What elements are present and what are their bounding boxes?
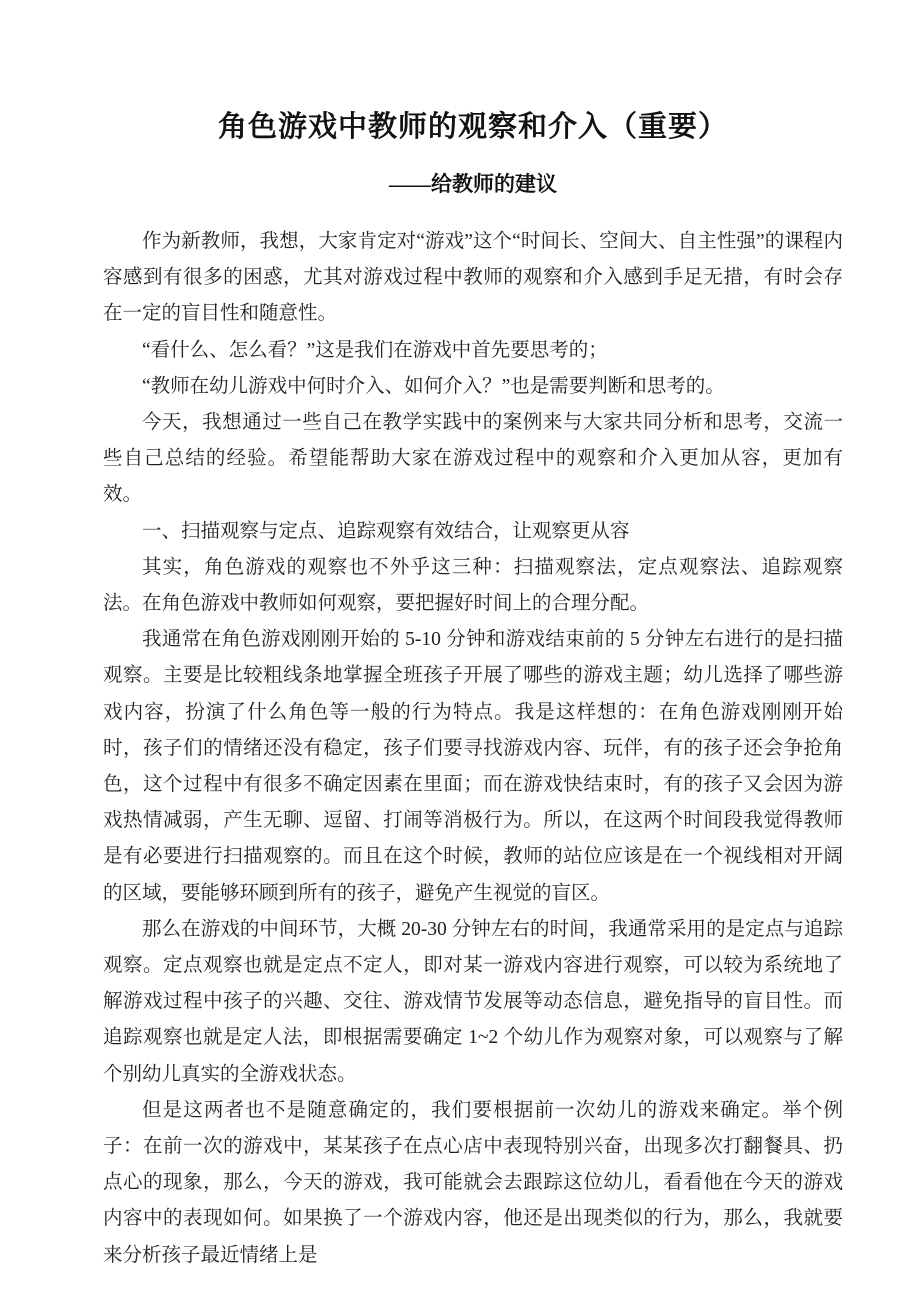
document-subtitle: ——给教师的建议 <box>103 168 843 200</box>
body-paragraph-intro: 作为新教师，我想，大家肯定对“游戏”这个“时间长、空间大、自主性强”的课程内容感… <box>103 224 843 333</box>
document-body: 作为新教师，我想，大家肯定对“游戏”这个“时间长、空间大、自主性强”的课程内容感… <box>103 224 843 1274</box>
document-page: 角色游戏中教师的观察和介入（重要） ——给教师的建议 作为新教师，我想，大家肯定… <box>0 0 920 1302</box>
body-paragraph-purpose: 今天，我想通过一些自己在教学实践中的案例来与大家共同分析和思考，交流一些自己总结… <box>103 405 843 514</box>
body-paragraph-example: 但是这两者也不是随意确定的，我们要根据前一次幼儿的游戏来确定。举个例子：在前一次… <box>103 1093 843 1274</box>
body-paragraph-question-1: “看什么、怎么看？”这是我们在游戏中首先要思考的； <box>103 333 843 369</box>
document-title: 角色游戏中教师的观察和介入（重要） <box>103 106 843 148</box>
body-paragraph-scan-observation: 我通常在角色游戏刚刚开始的 5-10 分钟和游戏结束前的 5 分钟左右进行的是扫… <box>103 622 843 912</box>
body-paragraph-fixed-tracking: 那么在游戏的中间环节，大概 20-30 分钟左右的时间，我通常采用的是定点与追踪… <box>103 912 843 1093</box>
section-heading-1: 一、扫描观察与定点、追踪观察有效结合，让观察更从容 <box>103 514 843 550</box>
body-paragraph-methods: 其实，角色游戏的观察也不外乎这三种：扫描观察法，定点观察法、追踪观察法。在角色游… <box>103 550 843 622</box>
body-paragraph-question-2: “教师在幼儿游戏中何时介入、如何介入？”也是需要判断和思考的。 <box>103 369 843 405</box>
